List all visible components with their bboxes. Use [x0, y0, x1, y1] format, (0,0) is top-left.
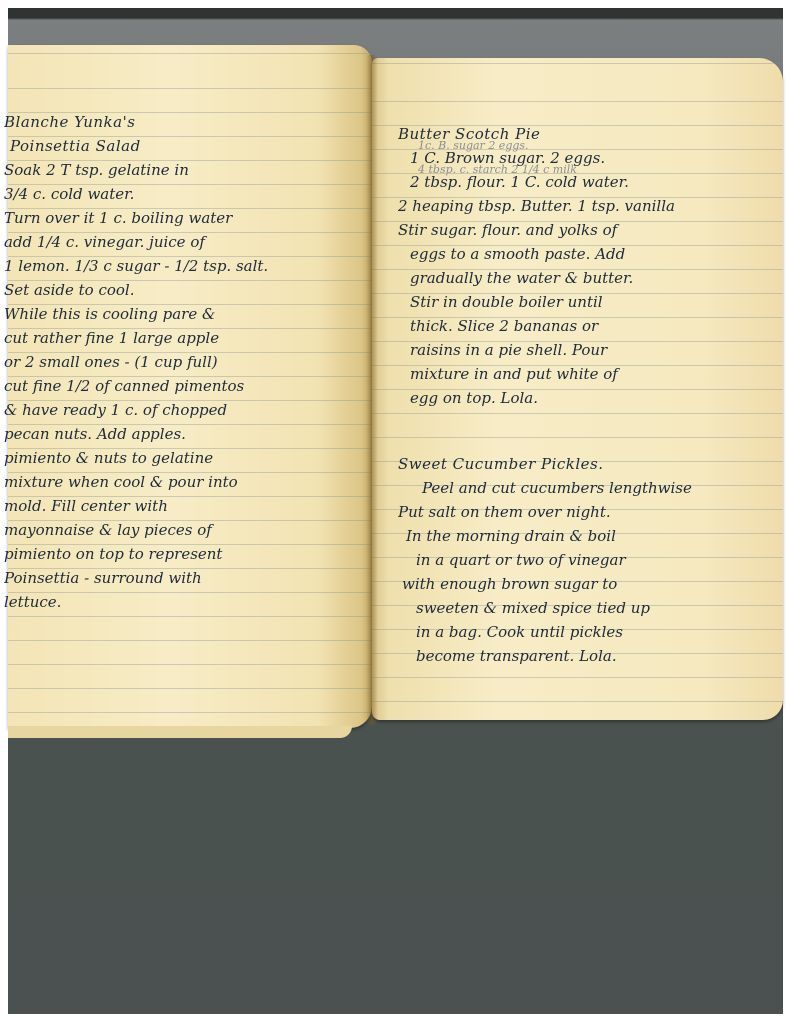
recipe-line: mold. Fill center with: [4, 494, 368, 518]
recipe-line: become transparent. Lola.: [398, 644, 783, 668]
recipe-title: Poinsettia Salad: [4, 134, 368, 158]
recipe-line: mixture in and put white of: [398, 362, 783, 386]
recipe-line: in a quart or two of vinegar: [398, 548, 783, 572]
recipe-line: In the morning drain & boil: [398, 524, 783, 548]
recipe-line: & have ready 1 c. of chopped: [4, 398, 368, 422]
recipe-line: 1 lemon. 1/3 c sugar - 1/2 tsp. salt.: [4, 254, 368, 278]
recipe-line: mayonnaise & lay pieces of: [4, 518, 368, 542]
recipe-line: While this is cooling pare &: [4, 302, 368, 326]
pencil-note: 1c. B. sugar 2 eggs.: [418, 140, 778, 164]
recipe-line: mixture when cool & pour into: [4, 470, 368, 494]
recipe-line: Stir in double boiler until: [398, 290, 783, 314]
left-page-text: Blanche Yunka's Poinsettia Salad Soak 2 …: [4, 110, 368, 614]
recipe-line: eggs to a smooth paste. Add: [398, 242, 783, 266]
recipe-line: cut fine 1/2 of canned pimentos: [4, 374, 368, 398]
recipe-line: pecan nuts. Add apples.: [4, 422, 368, 446]
recipe-line: or 2 small ones - (1 cup full): [4, 350, 368, 374]
recipe-line: add 1/4 c. vinegar. juice of: [4, 230, 368, 254]
recipe-author: Blanche Yunka's: [4, 110, 368, 134]
cucumber-pickles-recipe: Sweet Cucumber Pickles. Peel and cut cuc…: [398, 452, 783, 668]
recipe-line: Soak 2 T tsp. gelatine in: [4, 158, 368, 182]
recipe-line: Put salt on them over night.: [398, 500, 783, 524]
recipe-line: with enough brown sugar to: [398, 572, 783, 596]
recipe-line: cut rather fine 1 large apple: [4, 326, 368, 350]
recipe-line: raisins in a pie shell. Pour: [398, 338, 783, 362]
recipe-line: Turn over it 1 c. boiling water: [4, 206, 368, 230]
recipe-line: Poinsettia - surround with: [4, 566, 368, 590]
pencil-annotation: 1c. B. sugar 2 eggs. 4 tbsp. c. starch 2…: [418, 140, 778, 176]
recipe-line: sweeten & mixed spice tied up: [398, 596, 783, 620]
recipe-line: 3/4 c. cold water.: [4, 182, 368, 206]
recipe-line: egg on top. Lola.: [398, 386, 783, 410]
recipe-line: thick. Slice 2 bananas or: [398, 314, 783, 338]
recipe-title: Sweet Cucumber Pickles.: [398, 452, 783, 476]
recipe-line: Stir sugar. flour. and yolks of: [398, 218, 783, 242]
recipe-line: in a bag. Cook until pickles: [398, 620, 783, 644]
recipe-line: pimiento & nuts to gelatine: [4, 446, 368, 470]
pencil-note: 4 tbsp. c. starch 2 1/4 c milk: [418, 164, 778, 176]
recipe-line: lettuce.: [4, 590, 368, 614]
recipe-line: pimiento on top to represent: [4, 542, 368, 566]
recipe-line: 2 heaping tbsp. Butter. 1 tsp. vanilla: [398, 194, 783, 218]
recipe-line: Set aside to cool.: [4, 278, 368, 302]
recipe-line: Peel and cut cucumbers lengthwise: [398, 476, 783, 500]
recipe-line: gradually the water & butter.: [398, 266, 783, 290]
